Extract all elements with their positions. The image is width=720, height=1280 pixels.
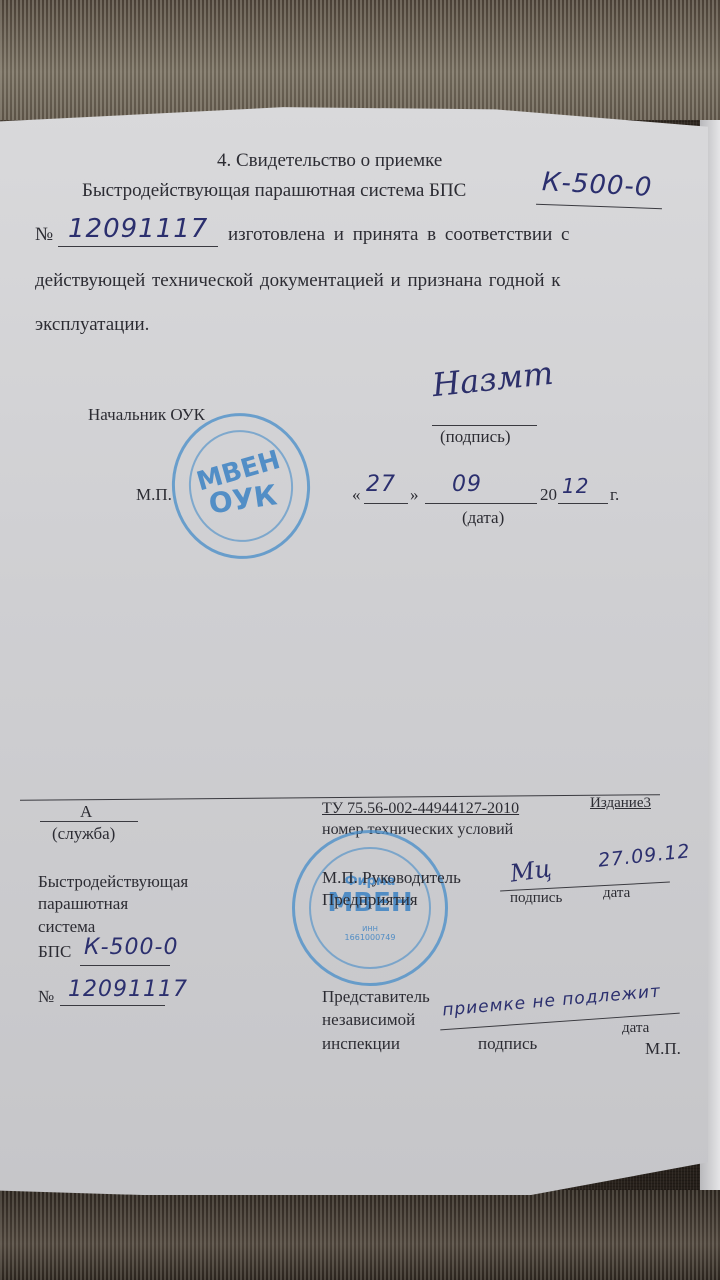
manager-sign-caption: подпись: [510, 890, 562, 907]
tu-number: ТУ 75.56-002-44944127-2010: [322, 800, 519, 818]
manager-date-caption: дата: [603, 885, 630, 902]
serial-number-handwritten: 12091117: [68, 214, 208, 244]
system-label-1: Быстродействующая: [38, 872, 188, 892]
system-label-4: БПС: [38, 942, 71, 962]
accepted-text: изготовлена и принята в соответствии с: [228, 224, 569, 246]
inspector-label-3: инспекции: [322, 1034, 400, 1054]
edition-label: Издание3: [590, 795, 651, 812]
inspector-label-1: Представитель: [322, 987, 430, 1007]
chief-label: Начальник ОУК: [88, 405, 205, 425]
seal-label: М.П.: [136, 485, 172, 505]
year-underline: [558, 503, 608, 504]
tapestry-background-bottom: [0, 1190, 720, 1280]
footer-serial-underline: [60, 1005, 165, 1006]
compliance-text: действующей технической документацией и …: [35, 270, 561, 292]
date-year-prefix: 20: [540, 485, 557, 505]
system-model-handwritten: К-500-0: [541, 167, 653, 203]
model-underline: [536, 204, 662, 209]
signature-line: [432, 425, 537, 426]
footer-number-sign: №: [38, 987, 54, 1007]
footer-model-underline: [80, 965, 170, 966]
inspector-seal: М.П.: [645, 1039, 681, 1059]
inspector-note-handwritten: приемке не подлежит: [442, 981, 662, 1020]
inspector-date-caption: дата: [622, 1020, 649, 1037]
company-stamp-code-label: ИНН: [362, 925, 378, 933]
number-sign: №: [35, 224, 53, 246]
tapestry-background-top: [0, 0, 720, 120]
date-open-quote: «: [352, 485, 361, 505]
manager-signature: Мц: [508, 854, 553, 887]
date-year-unit: г.: [610, 485, 619, 505]
date-year-handwritten: 12: [562, 474, 589, 498]
company-stamp-code: 1661000749: [345, 933, 396, 942]
stamp-text-line1: МВЕН: [194, 446, 284, 496]
serial-underline: [58, 246, 218, 247]
date-caption: (дата): [462, 508, 504, 528]
manager-label-1: М.П. Руководитель: [322, 868, 461, 888]
date-day-handwritten: 27: [366, 472, 396, 497]
system-label-3: система: [38, 917, 95, 937]
inspector-label-2: независимой: [322, 1010, 415, 1030]
service-value: А: [80, 802, 92, 822]
document-page: 4. Свидетельство о приемке Быстродейству…: [0, 105, 708, 1195]
section-heading: 4. Свидетельство о приемке: [217, 150, 442, 172]
inspector-sign-caption: подпись: [478, 1034, 537, 1054]
manager-date-handwritten: 27.09.12: [597, 840, 691, 872]
service-underline: [40, 821, 138, 822]
service-caption: (служба): [52, 824, 115, 844]
system-label-2: парашютная: [38, 894, 128, 914]
chief-signature: Назмт: [430, 354, 555, 404]
ouk-stamp: МВЕН ОУК: [163, 404, 320, 568]
month-underline: [425, 503, 537, 504]
footer-system-model-handwritten: К-500-0: [84, 935, 178, 960]
date-month-handwritten: 09: [452, 472, 482, 497]
signature-caption: (подпись): [440, 427, 511, 447]
system-line-prefix: Быстродействующая парашютная система БПС: [82, 180, 466, 202]
manager-label-2: Предприятия: [322, 890, 418, 910]
date-close-quote: »: [410, 485, 419, 505]
day-underline: [364, 503, 408, 504]
footer-serial-handwritten: 12091117: [68, 977, 188, 1002]
operation-text: эксплуатации.: [35, 314, 149, 336]
